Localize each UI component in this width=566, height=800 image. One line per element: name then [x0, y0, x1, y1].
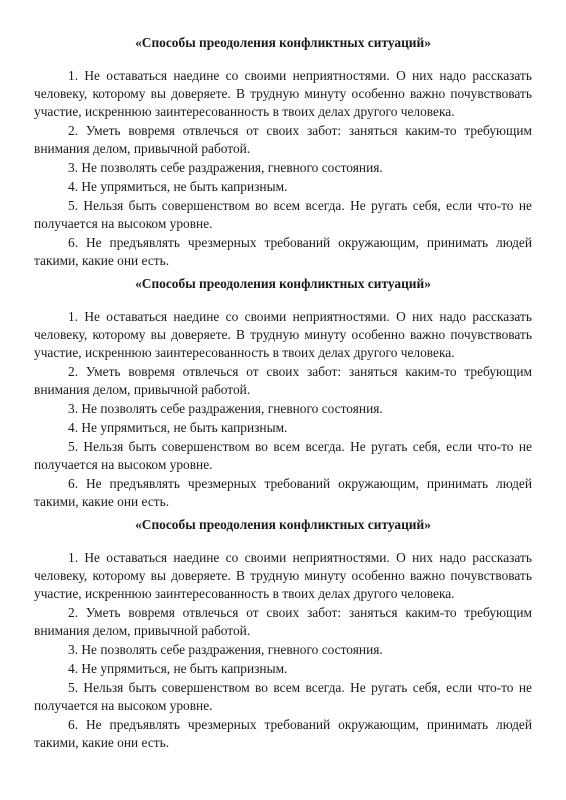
section-1: «Способы преодоления конфликтных ситуаци…: [34, 34, 532, 270]
list-item: 2. Уметь вовремя отвлечься от своих забо…: [34, 122, 532, 158]
list-item: 4. Не упрямиться, не быть капризным.: [34, 660, 532, 678]
list-item: 5. Нельзя быть совершенством во всем все…: [34, 438, 532, 474]
list-item: 6. Не предъявлять чрезмерных требований …: [34, 475, 532, 511]
list-item: 1. Не оставаться наедине со своими непри…: [34, 67, 532, 121]
section-title: «Способы преодоления конфликтных ситуаци…: [34, 275, 532, 293]
list-item: 4. Не упрямиться, не быть капризным.: [34, 419, 532, 437]
list-item: 3. Не позволять себе раздражения, гневно…: [34, 641, 532, 659]
section-title: «Способы преодоления конфликтных ситуаци…: [34, 34, 532, 52]
list-item: 5. Нельзя быть совершенством во всем все…: [34, 197, 532, 233]
list-item: 6. Не предъявлять чрезмерных требований …: [34, 234, 532, 270]
section-title: «Способы преодоления конфликтных ситуаци…: [34, 516, 532, 534]
list-item: 2. Уметь вовремя отвлечься от своих забо…: [34, 363, 532, 399]
list-item: 1. Не оставаться наедине со своими непри…: [34, 308, 532, 362]
list-item: 3. Не позволять себе раздражения, гневно…: [34, 159, 532, 177]
section-2: «Способы преодоления конфликтных ситуаци…: [34, 275, 532, 511]
section-3: «Способы преодоления конфликтных ситуаци…: [34, 516, 532, 752]
list-item: 2. Уметь вовремя отвлечься от своих забо…: [34, 604, 532, 640]
list-item: 3. Не позволять себе раздражения, гневно…: [34, 400, 532, 418]
list-item: 5. Нельзя быть совершенством во всем все…: [34, 679, 532, 715]
list-item: 1. Не оставаться наедине со своими непри…: [34, 549, 532, 603]
list-item: 6. Не предъявлять чрезмерных требований …: [34, 716, 532, 752]
list-item: 4. Не упрямиться, не быть капризным.: [34, 178, 532, 196]
